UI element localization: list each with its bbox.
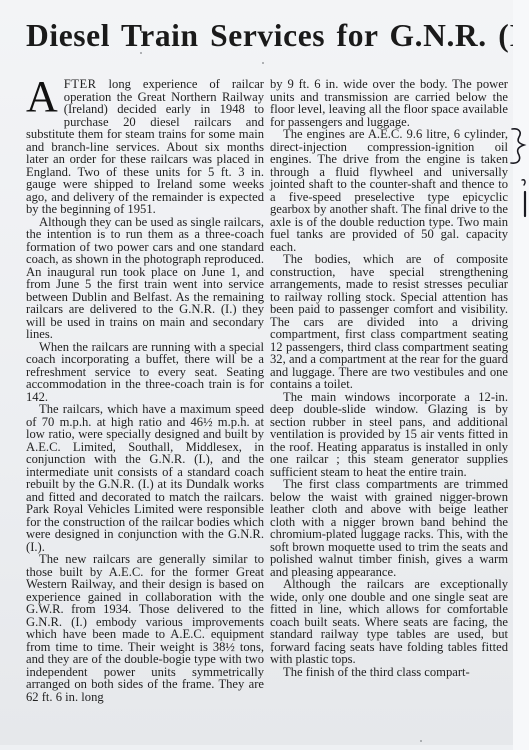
paragraph-2: Although they can be used as single rail…	[26, 216, 264, 341]
paragraph-12: The finish of the third class compart-	[270, 666, 508, 679]
scan-speck	[262, 62, 264, 64]
page-edge	[513, 0, 529, 750]
scan-speck	[420, 740, 422, 742]
paragraph-6: by 9 ft. 6 in. wide over the body. The p…	[270, 78, 508, 128]
paragraph-5: The new railcars are generally similar t…	[26, 553, 264, 703]
paragraph-3: When the railcars are running with a spe…	[26, 341, 264, 404]
paragraph-1: AFTER long experience of railcar operati…	[26, 78, 264, 216]
paragraph-9: The main windows incorporate a 12-in. de…	[270, 391, 508, 479]
margin-mark-icon	[518, 178, 529, 218]
handwritten-brace-icon	[509, 126, 529, 166]
scan-speck	[140, 52, 142, 54]
paragraph-4: The railcars, which have a maximum speed…	[26, 403, 264, 553]
paragraph-8: The bodies, which are of composite const…	[270, 253, 508, 391]
left-column: AFTER long experience of railcar operati…	[26, 78, 264, 703]
paragraph-1-text: long experience of railcar operation the…	[26, 77, 264, 216]
scanned-page: Diesel Train Services for G.N.R. (I.) AF…	[0, 0, 513, 745]
article-title: Diesel Train Services for G.N.R. (I.)	[26, 18, 506, 54]
right-column: by 9 ft. 6 in. wide over the body. The p…	[270, 78, 508, 678]
paragraph-7: The engines are A.E.C. 9.6 litre, 6 cyli…	[270, 128, 508, 253]
drop-cap: A	[26, 80, 58, 116]
paragraph-10: The first class compartments are trimmed…	[270, 478, 508, 578]
paragraph-11: Although the railcars are exceptionally …	[270, 578, 508, 666]
